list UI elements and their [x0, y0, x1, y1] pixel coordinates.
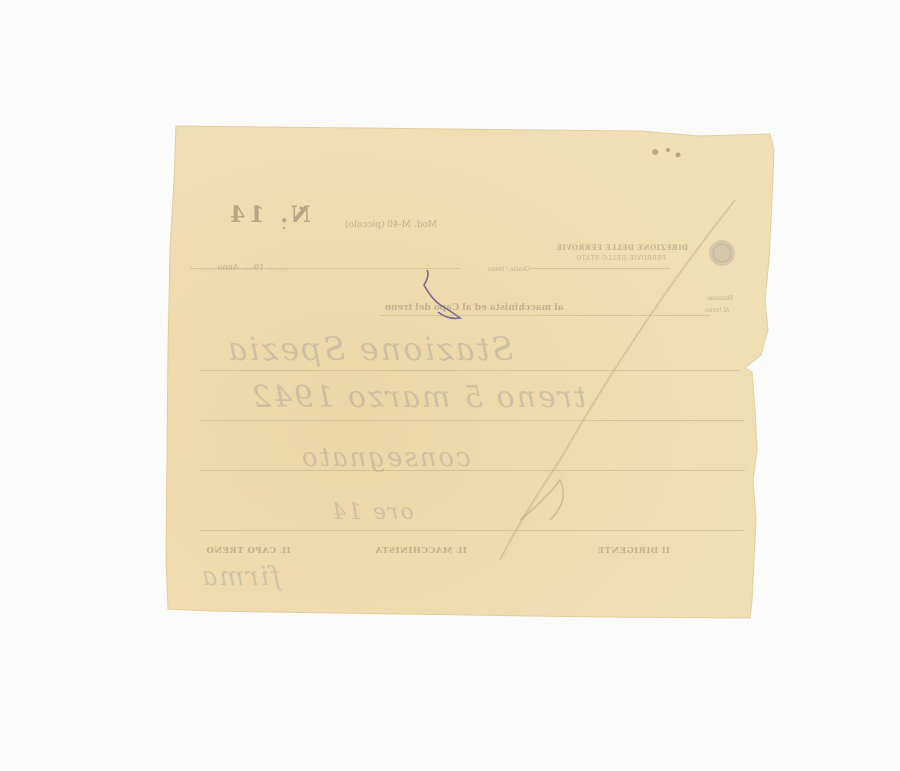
side-label-1: Stazione: [707, 295, 733, 302]
handwriting-line-3: consegnato: [300, 443, 471, 473]
signature-label-dirigente: Il DIRIGENTE: [597, 546, 670, 556]
orario-label: Orario / treno: [488, 265, 530, 274]
paper-outline: [166, 126, 774, 618]
header-line-2: FERROVIE DELLO STATO: [576, 255, 666, 262]
consigned-line: al macchinista ed al Capo del treno: [385, 303, 564, 313]
handwriting-line-1: Stazione Spezia: [226, 330, 513, 368]
document-scan: N. 14 Mod. M-40 (piccolo) ........ 19...…: [0, 0, 900, 771]
handwriting-signature: firma: [200, 562, 281, 592]
handwriting-line-4: ore 14: [330, 500, 414, 525]
form-code: Mod. M-40 (piccolo): [345, 220, 437, 230]
signature-label-capo-treno: IL CAPO TRENO: [206, 546, 291, 556]
header-line-1: DIREZIONE DELLE FERROVIE: [556, 243, 688, 252]
date-line: ........ 19..... Anno ......: [200, 263, 287, 272]
signature-label-macchinista: IL MACCHINISTA: [375, 546, 467, 556]
handwriting-line-2: treno 5 marzo 1942: [250, 380, 586, 415]
side-label-2: Al treno: [705, 307, 729, 314]
serial-number: N. 14: [226, 202, 311, 228]
